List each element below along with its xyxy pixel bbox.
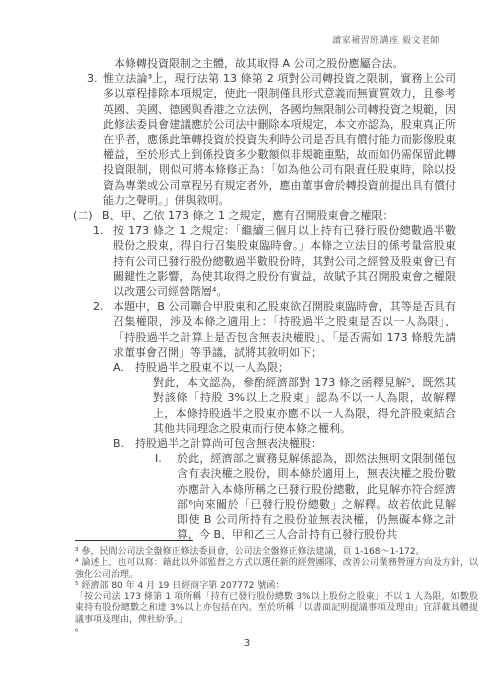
list-item-1: 1. 按 173 條之 1 之規定：「繼續三個月以上持有已發行股份總數過半數股份…	[93, 223, 456, 299]
list-item-I: I. 於此，經濟部之實務見解係認為，即然法無明文限制僅包含有表決權之股份，則本條…	[155, 451, 456, 540]
list-marker-2: 2.	[93, 299, 113, 360]
list-marker-1: 1.	[93, 223, 113, 299]
footnote-5-quote: 「按公司法 173 條第 1 項所稱「持有已發行股份總數 3%以上股份之股東」不…	[75, 592, 478, 626]
document-body: 本條轉投資限制之主體，故其取得 A 公司之股份應屬合法。 3. 惟立法論³上，現…	[0, 56, 494, 540]
footnote-3: ³ 參，民間公司法全盤修正修法委員會，公司法全盤修正修法建議，頁 1-168～1…	[75, 547, 478, 558]
footnote-4: ⁴ 論述上，也可以寫：藉此以外部監督之方式以選任新的經營團隊，改善公司業務營運方…	[75, 558, 478, 581]
section-heading-2: (二) B、甲、乙依 173 條之 1 之規定，應有召開股東會之權限：	[73, 208, 464, 223]
continuation-paragraph: 本條轉投資限制之主體，故其取得 A 公司之股份應屬合法。	[114, 56, 456, 71]
footnote-separator	[75, 540, 193, 541]
paragraph-under-A: 對此，本文認為，參酌經濟部對 173 條之函釋見解⁵，既然其對該條「持股 3%以…	[153, 375, 456, 436]
list-item-A-text: 持股過半之股東不以一人為限；	[135, 360, 456, 375]
list-marker-3: 3.	[87, 71, 103, 208]
footnote-6-marker: ⁶	[75, 626, 478, 637]
list-item-3: 3. 惟立法論³上，現行法第 13 條第 2 項對公司轉投資之限制，實務上公司多…	[87, 71, 456, 208]
section-heading-2-text: B、甲、乙依 173 條之 1 之規定，應有召開股東會之權限：	[102, 208, 464, 223]
list-item-3-text: 惟立法論³上，現行法第 13 條第 2 項對公司轉投資之限制，實務上公司多以章程…	[103, 71, 456, 208]
document-page: 讀家補習班講座 毅文老師 本條轉投資限制之主體，故其取得 A 公司之股份應屬合法…	[0, 0, 494, 700]
page-number: 3	[0, 638, 494, 649]
list-item-1-text: 按 173 條之 1 之規定：「繼續三個月以上持有已發行股份總數過半數股份之股東…	[113, 223, 456, 299]
list-item-B-text: 持股過半之計算尚可包含無表決權股：	[135, 436, 456, 451]
footnote-5-heading: ⁵ 經濟部 80 年 4 月 19 日經商字第 207772 號函：	[75, 581, 478, 592]
list-marker-A: A.	[113, 360, 135, 375]
list-item-A: A. 持股過半之股東不以一人為限；	[113, 360, 456, 375]
section-heading-2-marker: (二)	[73, 208, 102, 223]
list-item-I-text: 於此，經濟部之實務見解係認為，即然法無明文限制僅包含有表決權之股份，則本條於適用…	[177, 451, 456, 540]
list-marker-I: I.	[155, 451, 177, 540]
page-header-course-label: 讀家補習班講座 毅文老師	[332, 33, 440, 46]
list-item-B: B. 持股過半之計算尚可包含無表決權股：	[113, 436, 456, 451]
list-item-2-text: 本題中，B 公司聯合甲股東和乙股東欲召開股東臨時會，其等是否具有召集權限，涉及本…	[113, 299, 456, 360]
list-item-2: 2. 本題中，B 公司聯合甲股東和乙股東欲召開股東臨時會，其等是否具有召集權限，…	[93, 299, 456, 360]
footnote-area: ³ 參，民間公司法全盤修正修法委員會，公司法全盤修正修法建議，頁 1-168～1…	[75, 540, 478, 637]
list-marker-B: B.	[113, 436, 135, 451]
